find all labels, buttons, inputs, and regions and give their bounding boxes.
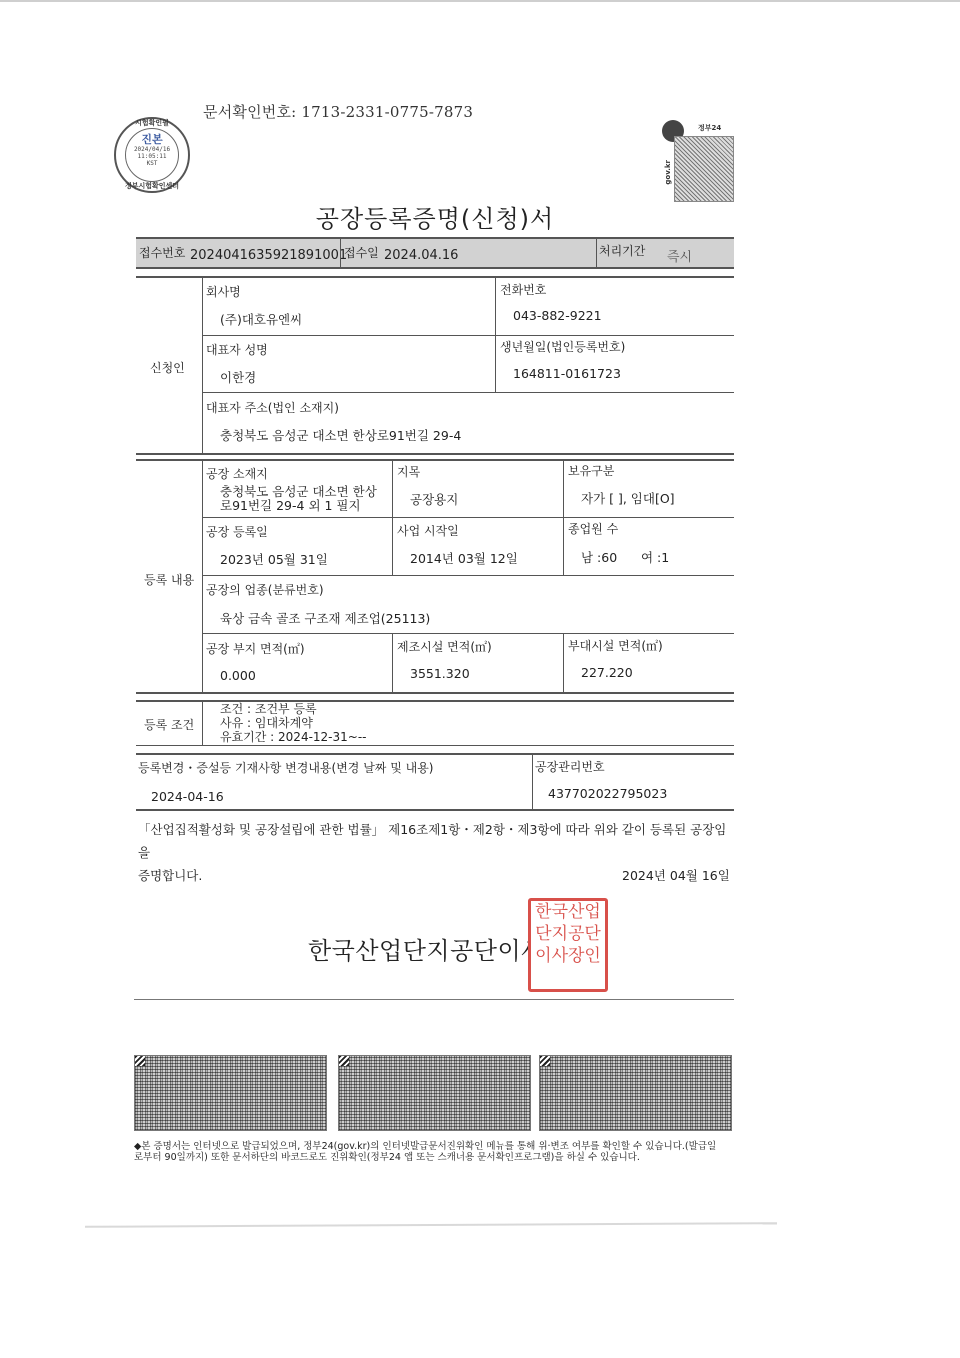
mfg-area-label: 제조시설 면적(㎡) [397, 638, 492, 655]
site-area-label: 공장 부지 면적(㎡) [206, 640, 305, 657]
factory-location-line2: 로91번길 29-4 외 1 필지 [220, 499, 377, 513]
phone: 043-882-9221 [513, 308, 602, 323]
employees-female: 여 :1 [641, 548, 669, 566]
employees-label: 종업원 수 [568, 520, 618, 537]
qr-code-icon[interactable] [674, 136, 734, 202]
page-bottom-line [85, 1222, 777, 1228]
conditions-section-label: 등록 조건 [144, 716, 194, 733]
mfg-area: 3551.320 [410, 666, 470, 681]
seal-date: 2024/04/16 [126, 146, 178, 153]
business-start-label: 사업 시작일 [397, 522, 459, 539]
receipt-no: 20240416359218910​01 [190, 248, 347, 263]
land-category-label: 지목 [397, 463, 420, 480]
divider [134, 999, 734, 1000]
changes-value: 2024-04-16 [151, 789, 224, 804]
factory-reg-date: 2023년 05월 31일 [220, 550, 328, 568]
phone-label: 전화번호 [500, 281, 546, 298]
seal-center-text: 진본 [126, 134, 178, 146]
notice-line1: ◆본 증명서는 인터넷으로 발급되었으며, 정부24(gov.kr)의 인터넷발… [134, 1141, 734, 1152]
company-name: (주)대호유엔씨 [220, 310, 302, 328]
registration-section-label: 등록 내용 [144, 571, 194, 588]
issue-date: 2024년 04월 16일 [622, 866, 730, 884]
rep-name-label: 대표자 성명 [206, 341, 268, 358]
barcode-corner-icon [540, 1056, 550, 1066]
processing-period-label: 처리기간 [599, 242, 645, 259]
business-start: 2014년 03월 12일 [410, 549, 518, 567]
barcode-corner-icon [339, 1056, 349, 1066]
document-title: 공장등록증명(신청)서 [0, 199, 870, 234]
notice-line2: 로부터 90일까지) 또한 문서하단의 바코드로도 진위확인(정부24 앱 또는… [134, 1152, 734, 1163]
seal-bottom-text: 정부시험확인센터 [116, 181, 188, 191]
land-category: 공장용지 [410, 490, 458, 508]
barcode-1[interactable] [134, 1055, 327, 1131]
doc-check-number-label: 문서확인번호: [203, 103, 296, 121]
ownership: 자가 [ ], 임대[O] [581, 489, 675, 507]
legal-statement-line1: 「산업집적활성화 및 공장설립에 관한 법률」 제16조제1항・제2항・제3항에… [138, 818, 738, 864]
condition-validity: 유효기간 : 2024-12-31~-- [220, 730, 367, 744]
receipt-date-label: 접수일 [344, 244, 379, 261]
page-top-border [0, 0, 960, 2]
changes-label: 등록변경・증설등 기재사항 변경내용(변경 날짜 및 내용) [138, 759, 433, 776]
site-area: 0.000 [220, 668, 256, 683]
seal-top-text: 시험확인필 [116, 118, 188, 128]
condition-type: 조건 : 조건부 등록 [220, 702, 367, 716]
seal-time: 11:05:11 [126, 153, 178, 160]
aux-area: 227.220 [581, 665, 633, 680]
mgmt-no: 437702022795023 [548, 786, 667, 801]
seal-tz: KST [126, 160, 178, 167]
doc-check-number-value: 1713-2331-0775-7873 [301, 103, 473, 121]
factory-location-label: 공장 소재지 [206, 465, 268, 482]
ownership-label: 보유구분 [568, 462, 614, 479]
rep-name: 이한경 [220, 368, 256, 386]
receipt-no-label: 접수번호 [139, 244, 185, 261]
verification-notice: ◆본 증명서는 인터넷으로 발급되었으며, 정부24(gov.kr)의 인터넷발… [134, 1141, 734, 1163]
mgmt-no-label: 공장관리번호 [535, 758, 605, 775]
barcode-2[interactable] [338, 1055, 531, 1131]
factory-location: 충청북도 음성군 대소면 한상 로91번길 29-4 외 1 필지 [220, 485, 377, 513]
condition-reason: 사유 : 임대차계약 [220, 716, 367, 730]
doc-check-number: 문서확인번호: 1713-2331-0775-7873 [203, 101, 473, 122]
applicant-section-label: 신청인 [150, 359, 185, 376]
address: 충청북도 음성군 대소면 한상로91번길 29-4 [220, 426, 461, 444]
issuer-name: 한국산업단지공단이사 [308, 931, 545, 966]
industry-label: 공장의 업종(분류번호) [206, 581, 324, 598]
official-stamp: 한국산업단지공단이사장인 [528, 898, 608, 992]
aux-area-label: 부대시설 면적(㎡) [568, 637, 663, 654]
address-label: 대표자 주소(법인 소재지) [206, 399, 339, 416]
verification-seal: 시험확인필 진본 2024/04/16 11:05:11 KST 정부시험확인센… [114, 117, 190, 193]
qr-label: 정부24 [698, 123, 721, 133]
barcode-3[interactable] [539, 1055, 732, 1131]
receipt-header: 접수번호 20240416359218910​01 접수일 2024.04.16… [136, 237, 734, 269]
factory-reg-date-label: 공장 등록일 [206, 523, 268, 540]
reg-no-label: 생년월일(법인등록번호) [500, 338, 625, 355]
industry: 육상 금속 골조 구조재 제조업(25113) [220, 609, 430, 627]
factory-location-line1: 충청북도 음성군 대소면 한상 [220, 485, 377, 499]
processing-period-value: 즉시 [667, 246, 692, 265]
qr-side-text: gov.kr [664, 160, 672, 185]
barcode-corner-icon [135, 1056, 145, 1066]
conditions-list: 조건 : 조건부 등록 사유 : 임대차계약 유효기간 : 2024-12-31… [220, 702, 367, 744]
reg-no: 164811-0161723 [513, 366, 621, 381]
receipt-date: 2024.04.16 [384, 248, 458, 263]
company-name-label: 회사명 [206, 283, 241, 300]
employees-male: 남 :60 [581, 548, 617, 566]
